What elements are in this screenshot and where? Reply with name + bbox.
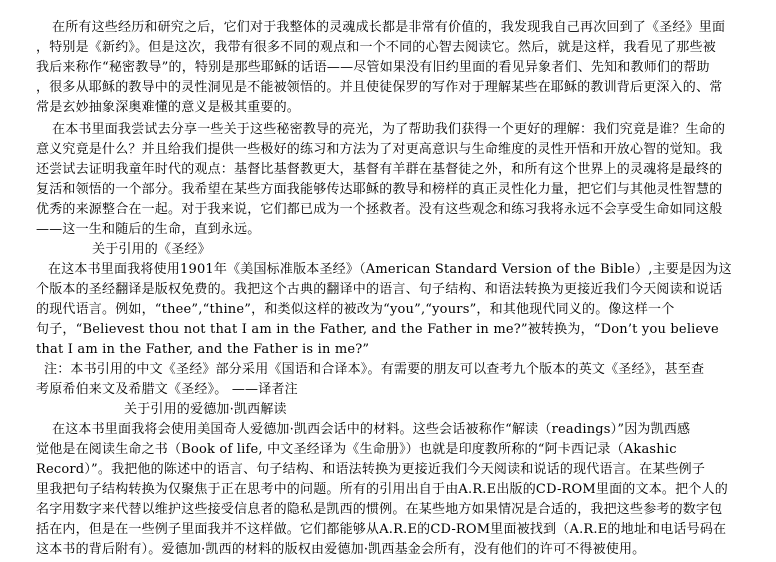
- text-line: 我后来称作“秘密教导”的，特别是那些耶稣的话语——尽管如果没有旧约里面的看见异象…: [36, 58, 710, 78]
- text-line: 这本书的背后附有）。爱德加·凯西的材料的版权由爱德加·凯西基金会所有，没有他们的…: [36, 540, 645, 560]
- text-line: 常是玄妙抽象深奥难懂的意义是极其重要的。: [36, 98, 300, 118]
- text-line: 关于引用的《圣经》: [92, 240, 211, 260]
- text-line: 在所有这些经历和研究之后，它们对于我整体的灵魂成长都是非常有价值的，我发现我自己…: [52, 18, 725, 38]
- text-line: 优秀的来源整合在一起。对于我来说，它们都已成为一个拯救者。没有这些观念和练习我将…: [36, 200, 722, 220]
- text-line: 在这本书里面我将使用1901年《美国标准版本圣经》（American Stand…: [48, 260, 732, 280]
- text-line: 在这本书里面我将会使用美国奇人爱德加·凯西会话中的材料。这些会话被称作“解读（r…: [52, 420, 690, 440]
- text-line: 括在内，但是在一些例子里面我并不这样做。它们都能够从A.R.E的CD-ROM里面…: [36, 520, 726, 540]
- text-line: ，特别是《新约》。但是这次，我带有很多不同的观点和一个不同的心智去阅读它。然后，…: [36, 38, 716, 58]
- text-line: 在本书里面我尝试去分享一些关于这些秘密教导的亮光，为了帮助我们获得一个更好的理解…: [52, 120, 725, 140]
- text-line: 还尝试去证明我童年时代的观点：基督比基督教更大，基督有羊群在基督徒之外，和所有这…: [36, 160, 722, 180]
- text-line: 的现代语言。例如，“thee”,“thine”，和类似这样的被改为“you”,“…: [36, 300, 674, 320]
- text-line: Record）”。我把他的陈述中的语言、句子结构、和语法转换为更接近我们今天阅读…: [36, 460, 705, 480]
- text-line: 关于引用的爱德加·凯西解读: [124, 400, 287, 420]
- text-line: 名字用数字来代替以维护这些接受信息者的隐私是凯西的惯例。在某些地方如果情况是合适…: [36, 500, 722, 520]
- text-line: ，很多从耶稣的教导中的灵性洞见是不能被领悟的。并且使徒保罗的写作对于理解某些在耶…: [36, 78, 722, 98]
- text-line: ——这一生和随后的生命，直到永远。: [36, 220, 260, 240]
- text-line: 考原希伯来文及希腊文《圣经》。 ——译者注: [36, 380, 298, 400]
- text-line: that I am in the Father, and the Father …: [36, 340, 369, 360]
- text-line: 意义究竟是什么？并且给我们提供一些极好的练习和方法为了对更高意识与生命维度的灵性…: [36, 140, 722, 160]
- text-line: 复活和领悟的一个部分。我希望在某些方面我能够传达耶稣的教导和榜样的真正灵性化力量…: [36, 180, 722, 200]
- text-line: 觉他是在阅读生命之书（Book of life, 中文圣经译为《生命册》）也就是…: [36, 440, 677, 460]
- text-line: 注：本书引用的中文《圣经》部分采用《国语和合译本》。有需要的朋友可以查考九个版本…: [44, 360, 704, 380]
- text-line: 个版本的圣经翻译是版权免费的。我把这个古典的翻译中的语言、句子结构、和语法转换为…: [36, 280, 722, 300]
- text-line: 句子，“Believest thou not that I am in the …: [36, 320, 719, 340]
- text-line: 里我把句子结构转换为仅聚焦于正在思考中的问题。所有的引用出自于由A.R.E出版的…: [36, 480, 728, 500]
